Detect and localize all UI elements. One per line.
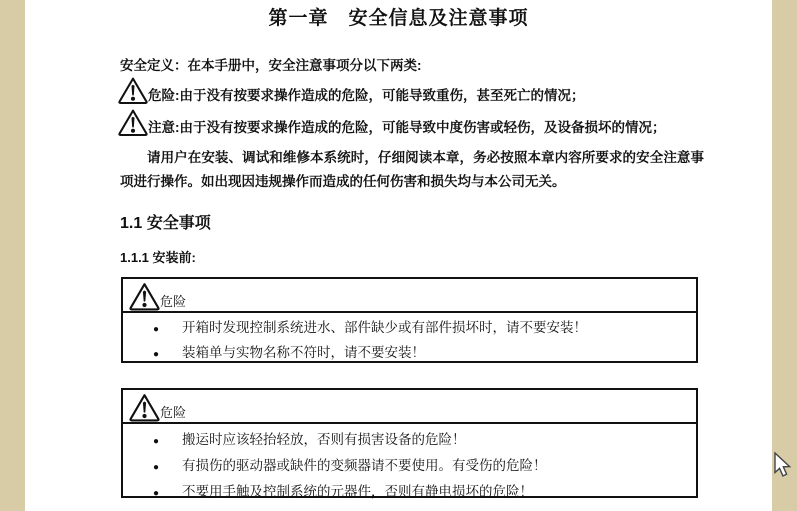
left-margin-strip: [0, 0, 25, 511]
danger-definition-text: 危险:由于没有按要求操作造成的危险，可能导致重伤，甚至死亡的情况；: [148, 84, 585, 105]
list-item: ● 开箱时发现控制系统进水、部件缺少或有部件损坏时，请不要安装！: [123, 316, 696, 341]
danger-box-body: ● 搬运时应该轻抬轻放，否则有损害设备的危险！ ● 有损伤的驱动器或缺件的变频器…: [123, 424, 696, 506]
list-item-text: 装箱单与实物名称不符时，请不要安装！: [182, 341, 696, 364]
bullet-icon: ●: [153, 343, 182, 366]
intro-paragraph: 请用户在安装、调试和维修本系统时，仔细阅读本章，务必按照本章内容所要求的安全注意…: [120, 146, 704, 193]
warning-triangle-icon: [129, 282, 160, 311]
bullet-icon: ●: [153, 430, 182, 454]
caution-definition-text: 注意:由于没有按要求操作造成的危险，可能导致中度伤害或轻伤，及设备损坏的情况；: [148, 116, 666, 137]
right-margin-strip: [772, 0, 797, 511]
danger-box-before-install-2: 危险 ● 搬运时应该轻抬轻放，否则有损害设备的危险！ ● 有损伤的驱动器或缺件的…: [121, 388, 698, 498]
list-item: ● 搬运时应该轻抬轻放，否则有损害设备的危险！: [123, 428, 696, 454]
bullet-icon: ●: [153, 482, 182, 506]
list-item-text: 开箱时发现控制系统进水、部件缺少或有部件损坏时，请不要安装！: [182, 316, 696, 339]
safety-definition-line: 安全定义：在本手册中，安全注意事项分以下两类:: [120, 54, 422, 74]
danger-box-label: 危险: [160, 291, 186, 311]
chapter-title: 第一章 安全信息及注意事项: [25, 3, 772, 30]
danger-box-before-install-1: 危险 ● 开箱时发现控制系统进水、部件缺少或有部件损坏时，请不要安装！ ● 装箱…: [121, 277, 698, 363]
danger-box-header: 危险: [123, 279, 696, 313]
warning-triangle-icon: [118, 76, 148, 105]
bullet-icon: ●: [153, 318, 182, 341]
warning-triangle-icon: [129, 393, 160, 422]
list-item-text: 有损伤的驱动器或缺件的变频器请不要使用。有受伤的危险！: [182, 454, 696, 478]
list-item-text: 搬运时应该轻抬轻放，否则有损害设备的危险！: [182, 428, 696, 452]
warning-triangle-icon: [118, 108, 148, 137]
bullet-icon: ●: [153, 456, 182, 480]
caution-definition-row: 注意:由于没有按要求操作造成的危险，可能导致中度伤害或轻伤，及设备损坏的情况；: [118, 108, 666, 137]
danger-box-body: ● 开箱时发现控制系统进水、部件缺少或有部件损坏时，请不要安装！ ● 装箱单与实…: [123, 313, 696, 366]
danger-box-label: 危险: [160, 402, 186, 422]
list-item: ● 有损伤的驱动器或缺件的变频器请不要使用。有受伤的危险！: [123, 454, 696, 480]
list-item-text: 不要用手触及控制系统的元器件，否则有静电损坏的危险！: [182, 480, 696, 504]
danger-definition-row: 危险:由于没有按要求操作造成的危险，可能导致重伤，甚至死亡的情况；: [118, 76, 585, 105]
list-item: ● 装箱单与实物名称不符时，请不要安装！: [123, 341, 696, 366]
list-item: ● 不要用手触及控制系统的元器件，否则有静电损坏的危险！: [123, 480, 696, 506]
subsection-heading: 1.1.1 安装前:: [120, 247, 196, 266]
danger-box-header: 危险: [123, 390, 696, 424]
section-heading: 1.1 安全事项: [120, 210, 211, 233]
